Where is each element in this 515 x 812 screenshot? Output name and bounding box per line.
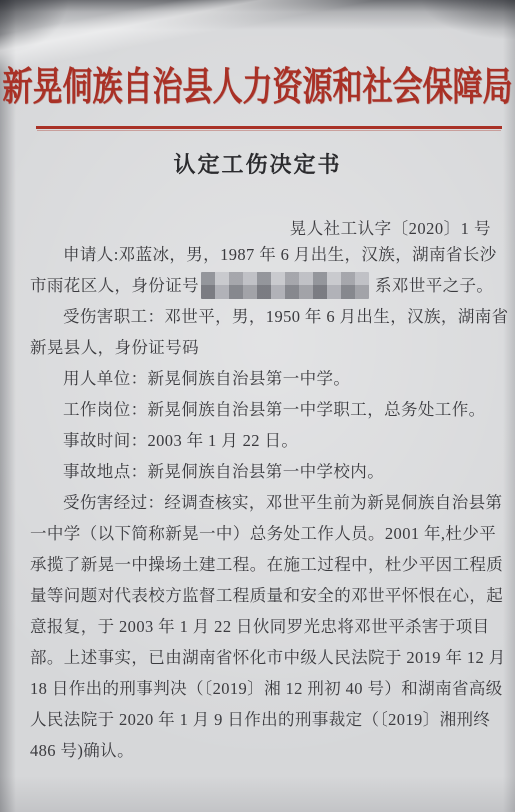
agency-header: 新晃侗族自治县人力资源和社会保障局 xyxy=(0,54,515,111)
body-line: 受伤害经过：经调查核实，邓世平生前为新晃侗族自治县第 xyxy=(30,487,489,518)
header-divider xyxy=(36,126,502,129)
document-number: 晃人社工认字〔2020〕1 号 xyxy=(290,215,491,239)
body-line: 受伤害职工：邓世平，男，1950 年 6 月出生，汉族，湖南省 xyxy=(30,301,489,332)
body-text: 市雨花区人，身份证号 xyxy=(30,276,199,295)
body-line: 工作岗位：新晃侗族自治县第一中学职工，总务处工作。 xyxy=(30,394,489,425)
body-line: 事故地点：新晃侗族自治县第一中学校内。 xyxy=(30,456,489,487)
body-line: 承揽了新晃一中操场土建工程。在施工过程中，杜少平因工程质 xyxy=(30,549,489,580)
document-photo: 新晃侗族自治县人力资源和社会保障局 认定工伤决定书 晃人社工认字〔2020〕1 … xyxy=(0,0,515,812)
body-line: 意报复，于 2003 年 1 月 22 日伙同罗光忠将邓世平杀害于项目 xyxy=(30,611,489,642)
body-line: 18 日作出的刑事判决（〔2019〕湘 12 刑初 40 号）和湖南省高级 xyxy=(30,673,489,704)
body-line: 新晃县人，身份证号码 xyxy=(30,332,489,363)
body-line: 人民法院于 2020 年 1 月 9 日作出的刑事裁定（〔2019〕湘刑终 xyxy=(30,704,489,735)
document-title: 认定工伤决定书 xyxy=(0,148,515,179)
redacted-id-number xyxy=(201,272,369,299)
body-line: 市雨花区人，身份证号系邓世平之子。 xyxy=(30,270,489,301)
body-line: 部。上述事实，已由湖南省怀化市中级人民法院于 2019 年 12 月 xyxy=(30,642,489,673)
body-line: 一中学（以下简称新晃一中）总务处工作人员。2001 年,杜少平 xyxy=(30,518,489,549)
body-text: 系邓世平之子。 xyxy=(375,276,493,295)
body-line: 486 号)确认。 xyxy=(30,735,489,766)
body-line: 用人单位：新晃侗族自治县第一中学。 xyxy=(30,363,489,394)
body-line: 量等问题对代表校方监督工程质量和安全的邓世平怀恨在心，起 xyxy=(30,580,489,611)
body-line: 事故时间：2003 年 1 月 22 日。 xyxy=(30,425,489,456)
document-body: 申请人:邓蓝冰，男，1987 年 6 月出生，汉族，湖南省长沙市雨花区人，身份证… xyxy=(30,239,489,766)
body-line: 申请人:邓蓝冰，男，1987 年 6 月出生，汉族，湖南省长沙 xyxy=(30,239,489,270)
